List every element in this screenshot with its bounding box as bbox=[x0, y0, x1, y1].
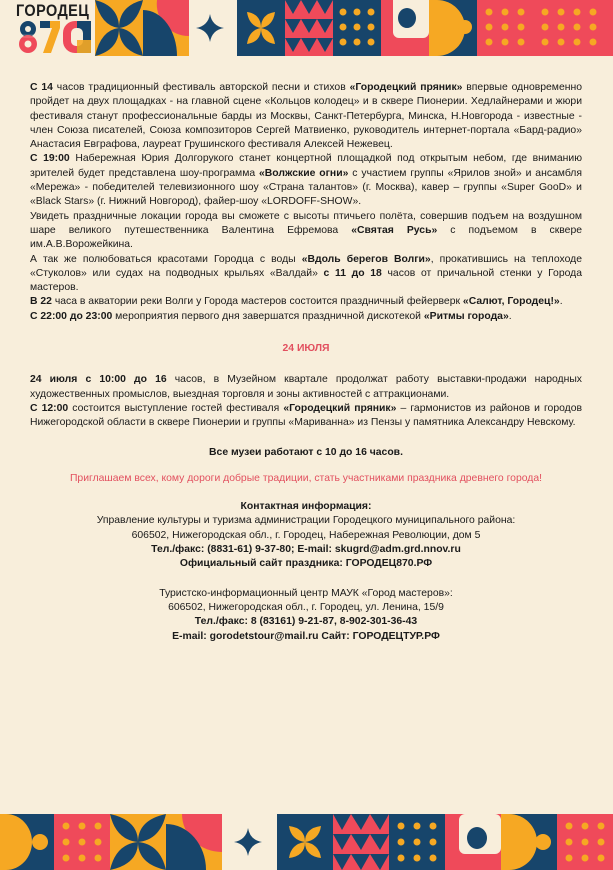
triangles-tile-icon bbox=[333, 814, 389, 870]
contacts-heading: Контактная информация: bbox=[241, 501, 372, 512]
logo-word: ГОРОДЕЦ bbox=[16, 2, 84, 20]
petal-tile-icon bbox=[110, 814, 166, 870]
bottom-ornament-band bbox=[0, 814, 613, 870]
festival-logo: ГОРОДЕЦ bbox=[16, 2, 96, 54]
org2-phone: Тел./факс: 8 (83161) 9-21-87, 8-902-301-… bbox=[195, 616, 417, 627]
coral-dots-tile-icon bbox=[477, 0, 533, 56]
arc-tile-icon bbox=[143, 0, 189, 56]
half-circle-tile-icon bbox=[429, 0, 477, 56]
circle-frame-tile-icon bbox=[381, 0, 429, 56]
org2-name: Туристско-информационный центр МАУК «Гор… bbox=[30, 587, 582, 601]
flower-tile-icon bbox=[277, 814, 333, 870]
coral-dots-tile-icon bbox=[533, 0, 613, 56]
org1-name: Управление культуры и туризма администра… bbox=[30, 514, 582, 528]
announcement-body: С 14 часов традиционный фестиваль авторс… bbox=[30, 81, 582, 644]
org2-email-site: E-mail: gorodetstour@mail.ru Сайт: ГОРОД… bbox=[172, 631, 440, 642]
flower-tile-icon bbox=[237, 0, 285, 56]
org1-phone-email: Тел./факс: (8831-61) 9-37-80; E-mail: sk… bbox=[151, 544, 461, 555]
half-circle-tile-icon bbox=[501, 814, 557, 870]
day2-museum-quarter: 24 июля с 10:00 до 16 часов, в Музейном … bbox=[30, 373, 582, 402]
date-heading: 24 ИЮЛЯ bbox=[30, 342, 582, 356]
day1-fireworks: В 22 часа в акватории реки Волги у Город… bbox=[30, 295, 582, 309]
day2-accordion-players: С 12:00 состоится выступление гостей фес… bbox=[30, 402, 582, 431]
arc-tile-icon bbox=[166, 814, 222, 870]
day1-boat-trips: А так же полюбоваться красотами Городца … bbox=[30, 253, 582, 296]
org2-address: 606502, Нижегородская обл., г. Городец, … bbox=[30, 601, 582, 615]
coral-dots-tile-icon bbox=[54, 814, 110, 870]
day1-balloon: Увидеть праздничные локации города вы см… bbox=[30, 210, 582, 253]
org1-address: 606502, Нижегородская обл., г. Городец, … bbox=[30, 529, 582, 543]
museums-note: Все музеи работают с 10 до 16 часов. bbox=[30, 446, 582, 460]
triangles-tile-icon bbox=[285, 0, 333, 56]
org1-site: Официальный сайт праздника: ГОРОДЕЦ870.Р… bbox=[180, 558, 432, 569]
contacts-block: Контактная информация: Управление культу… bbox=[30, 500, 582, 644]
day1-disco: С 22:00 до 23:00 мероприятия первого дня… bbox=[30, 310, 582, 324]
dots-tile-icon bbox=[333, 0, 381, 56]
half-circle-tile-icon bbox=[0, 814, 54, 870]
coral-dots-tile-icon bbox=[557, 814, 613, 870]
petal-tile-icon bbox=[95, 0, 143, 56]
circle-frame-tile-icon bbox=[445, 814, 501, 870]
top-ornament-band: ГОРОДЕЦ bbox=[0, 0, 613, 56]
star-icon bbox=[234, 828, 262, 856]
day1-evening-concert: С 19:00 Набережная Юрия Долгорукого стан… bbox=[30, 152, 582, 209]
logo-870-graphic bbox=[16, 20, 96, 54]
invitation-text: Приглашаем всех, кому дороги добрые трад… bbox=[30, 472, 582, 486]
day1-bard-festival: С 14 часов традиционный фестиваль авторс… bbox=[30, 81, 582, 152]
dots-tile-icon bbox=[389, 814, 445, 870]
star-icon bbox=[196, 14, 224, 42]
